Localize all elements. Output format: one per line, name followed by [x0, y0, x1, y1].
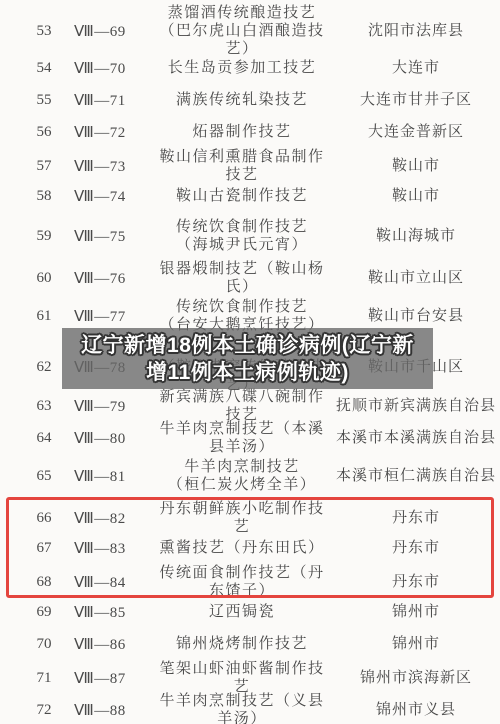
table-row: 58Ⅷ—74鞍山古瓷制作技艺鞍山市	[0, 180, 500, 212]
row-name: 牛羊肉烹制技艺 （桓仁炭火烤全羊）	[152, 458, 332, 494]
headline-line-2: 增11例本土病例轨迹)	[62, 359, 433, 386]
row-name: 银器煅制技艺（鞍山杨氏）	[152, 260, 332, 296]
table-row: 68Ⅷ—84传统面食制作技艺（丹东馇子）丹东市	[0, 564, 500, 596]
row-number: 60	[22, 270, 66, 287]
row-number: 68	[22, 574, 66, 591]
table-row: 63Ⅷ—79新宾满族八碟八碗制作技艺抚顺市新宾满族自治县	[0, 388, 500, 420]
row-number: 63	[22, 398, 66, 415]
row-number: 61	[22, 308, 66, 325]
row-code: Ⅷ—84	[66, 573, 152, 592]
table-row: 60Ⅷ—76银器煅制技艺（鞍山杨氏）鞍山市立山区	[0, 260, 500, 292]
row-name: 丹东朝鲜族小吃制作技艺	[152, 500, 332, 536]
row-number: 67	[22, 540, 66, 557]
page: { "page": { "background_color": "#fbfaf8…	[0, 0, 500, 724]
row-location: 沈阳市法库县	[332, 22, 500, 40]
row-code: Ⅷ—75	[66, 227, 152, 246]
row-code: Ⅷ—87	[66, 669, 152, 688]
row-code: Ⅷ—82	[66, 509, 152, 528]
row-code: Ⅷ—77	[66, 307, 152, 326]
table-row: 59Ⅷ—75传统饮食制作技艺 （海城尹氏元宵）鞍山海城市	[0, 212, 500, 260]
row-code: Ⅷ—74	[66, 187, 152, 206]
row-number: 55	[22, 92, 66, 109]
table-row: 53Ⅷ—69蒸馏酒传统酿造技艺 （巴尔虎山白酒酿造技艺）沈阳市法库县	[0, 4, 500, 52]
row-location: 锦州市滨海新区	[332, 669, 500, 687]
table-row: 72Ⅷ—88牛羊肉烹制技艺（义县羊汤）锦州市义县	[0, 692, 500, 724]
row-name: 鞍山信利熏腊食品制作技艺	[152, 148, 332, 184]
table-row: 57Ⅷ—73鞍山信利熏腊食品制作技艺鞍山市	[0, 148, 500, 180]
row-number: 65	[22, 468, 66, 485]
row-number: 64	[22, 430, 66, 447]
headline-line-1: 辽宁新增18例本土确诊病例(辽宁新	[62, 332, 433, 359]
row-code: Ⅷ—86	[66, 635, 152, 654]
row-name: 锦州烧烤制作技艺	[152, 635, 332, 653]
row-number: 53	[22, 23, 66, 40]
table-row: 56Ⅷ—72炻器制作技艺大连金普新区	[0, 116, 500, 148]
row-location: 本溪市桓仁满族自治县	[332, 467, 500, 485]
row-name: 鞍山古瓷制作技艺	[152, 187, 332, 205]
table-row: 67Ⅷ—83熏酱技艺（丹东田氏）丹东市	[0, 532, 500, 564]
row-code: Ⅷ—69	[66, 22, 152, 41]
row-number: 71	[22, 670, 66, 687]
row-location: 锦州市	[332, 635, 500, 653]
row-number: 57	[22, 158, 66, 175]
row-name: 笔架山虾油虾酱制作技艺	[152, 660, 332, 696]
row-name: 满族传统轧染技艺	[152, 91, 332, 109]
row-name: 辽西锔瓷	[152, 603, 332, 621]
table-row: 66Ⅷ—82丹东朝鲜族小吃制作技艺丹东市	[0, 500, 500, 532]
table-row: 55Ⅷ—71满族传统轧染技艺大连市甘井子区	[0, 84, 500, 116]
row-name: 牛羊肉烹制技艺（义县羊汤）	[152, 692, 332, 724]
row-code: Ⅷ—81	[66, 467, 152, 486]
row-code: Ⅷ—80	[66, 429, 152, 448]
row-name: 传统面食制作技艺（丹东馇子）	[152, 564, 332, 600]
row-code: Ⅷ—79	[66, 397, 152, 416]
headline-overlay: 辽宁新增18例本土确诊病例(辽宁新 增11例本土病例轨迹)	[62, 328, 433, 389]
row-code: Ⅷ—83	[66, 539, 152, 558]
table-row: 64Ⅷ—80牛羊肉烹制技艺（本溪县羊汤）本溪市本溪满族自治县	[0, 420, 500, 452]
row-number: 69	[22, 604, 66, 621]
row-location: 鞍山市立山区	[332, 269, 500, 287]
row-location: 本溪市本溪满族自治县	[332, 429, 500, 447]
row-number: 58	[22, 188, 66, 205]
row-location: 锦州市义县	[332, 701, 500, 719]
row-number: 54	[22, 60, 66, 77]
row-code: Ⅷ—70	[66, 59, 152, 78]
row-location: 大连金普新区	[332, 123, 500, 141]
row-name: 长生岛贡参加工技艺	[152, 59, 332, 77]
row-location: 大连市	[332, 59, 500, 77]
table-row: 54Ⅷ—70长生岛贡参加工技艺大连市	[0, 52, 500, 84]
row-number: 70	[22, 636, 66, 653]
row-location: 鞍山市	[332, 157, 500, 175]
row-code: Ⅷ—85	[66, 603, 152, 622]
row-code: Ⅷ—72	[66, 123, 152, 142]
row-location: 丹东市	[332, 509, 500, 527]
row-code: Ⅷ—73	[66, 157, 152, 176]
row-number: 59	[22, 228, 66, 245]
row-name: 熏酱技艺（丹东田氏）	[152, 539, 332, 557]
row-name: 蒸馏酒传统酿造技艺 （巴尔虎山白酒酿造技艺）	[152, 4, 332, 58]
row-location: 鞍山海城市	[332, 227, 500, 245]
row-location: 锦州市	[332, 603, 500, 621]
row-name: 牛羊肉烹制技艺（本溪县羊汤）	[152, 420, 332, 456]
row-code: Ⅷ—76	[66, 269, 152, 288]
row-location: 鞍山市	[332, 187, 500, 205]
row-name: 传统饮食制作技艺 （海城尹氏元宵）	[152, 218, 332, 254]
row-number: 72	[22, 702, 66, 719]
row-name: 炻器制作技艺	[152, 123, 332, 141]
row-location: 抚顺市新宾满族自治县	[332, 397, 500, 415]
table-row: 71Ⅷ—87笔架山虾油虾酱制作技艺锦州市滨海新区	[0, 660, 500, 692]
table-row: 65Ⅷ—81牛羊肉烹制技艺 （桓仁炭火烤全羊）本溪市桓仁满族自治县	[0, 452, 500, 500]
row-location: 丹东市	[332, 539, 500, 557]
row-code: Ⅷ—88	[66, 701, 152, 720]
row-location: 丹东市	[332, 573, 500, 591]
row-number: 62	[22, 359, 66, 376]
row-name: 新宾满族八碟八碗制作技艺	[152, 388, 332, 424]
row-number: 66	[22, 510, 66, 527]
row-location: 鞍山市台安县	[332, 307, 500, 325]
table-row: 70Ⅷ—86锦州烧烤制作技艺锦州市	[0, 628, 500, 660]
row-location: 大连市甘井子区	[332, 91, 500, 109]
table-row: 69Ⅷ—85辽西锔瓷锦州市	[0, 596, 500, 628]
row-number: 56	[22, 124, 66, 141]
row-code: Ⅷ—71	[66, 91, 152, 110]
